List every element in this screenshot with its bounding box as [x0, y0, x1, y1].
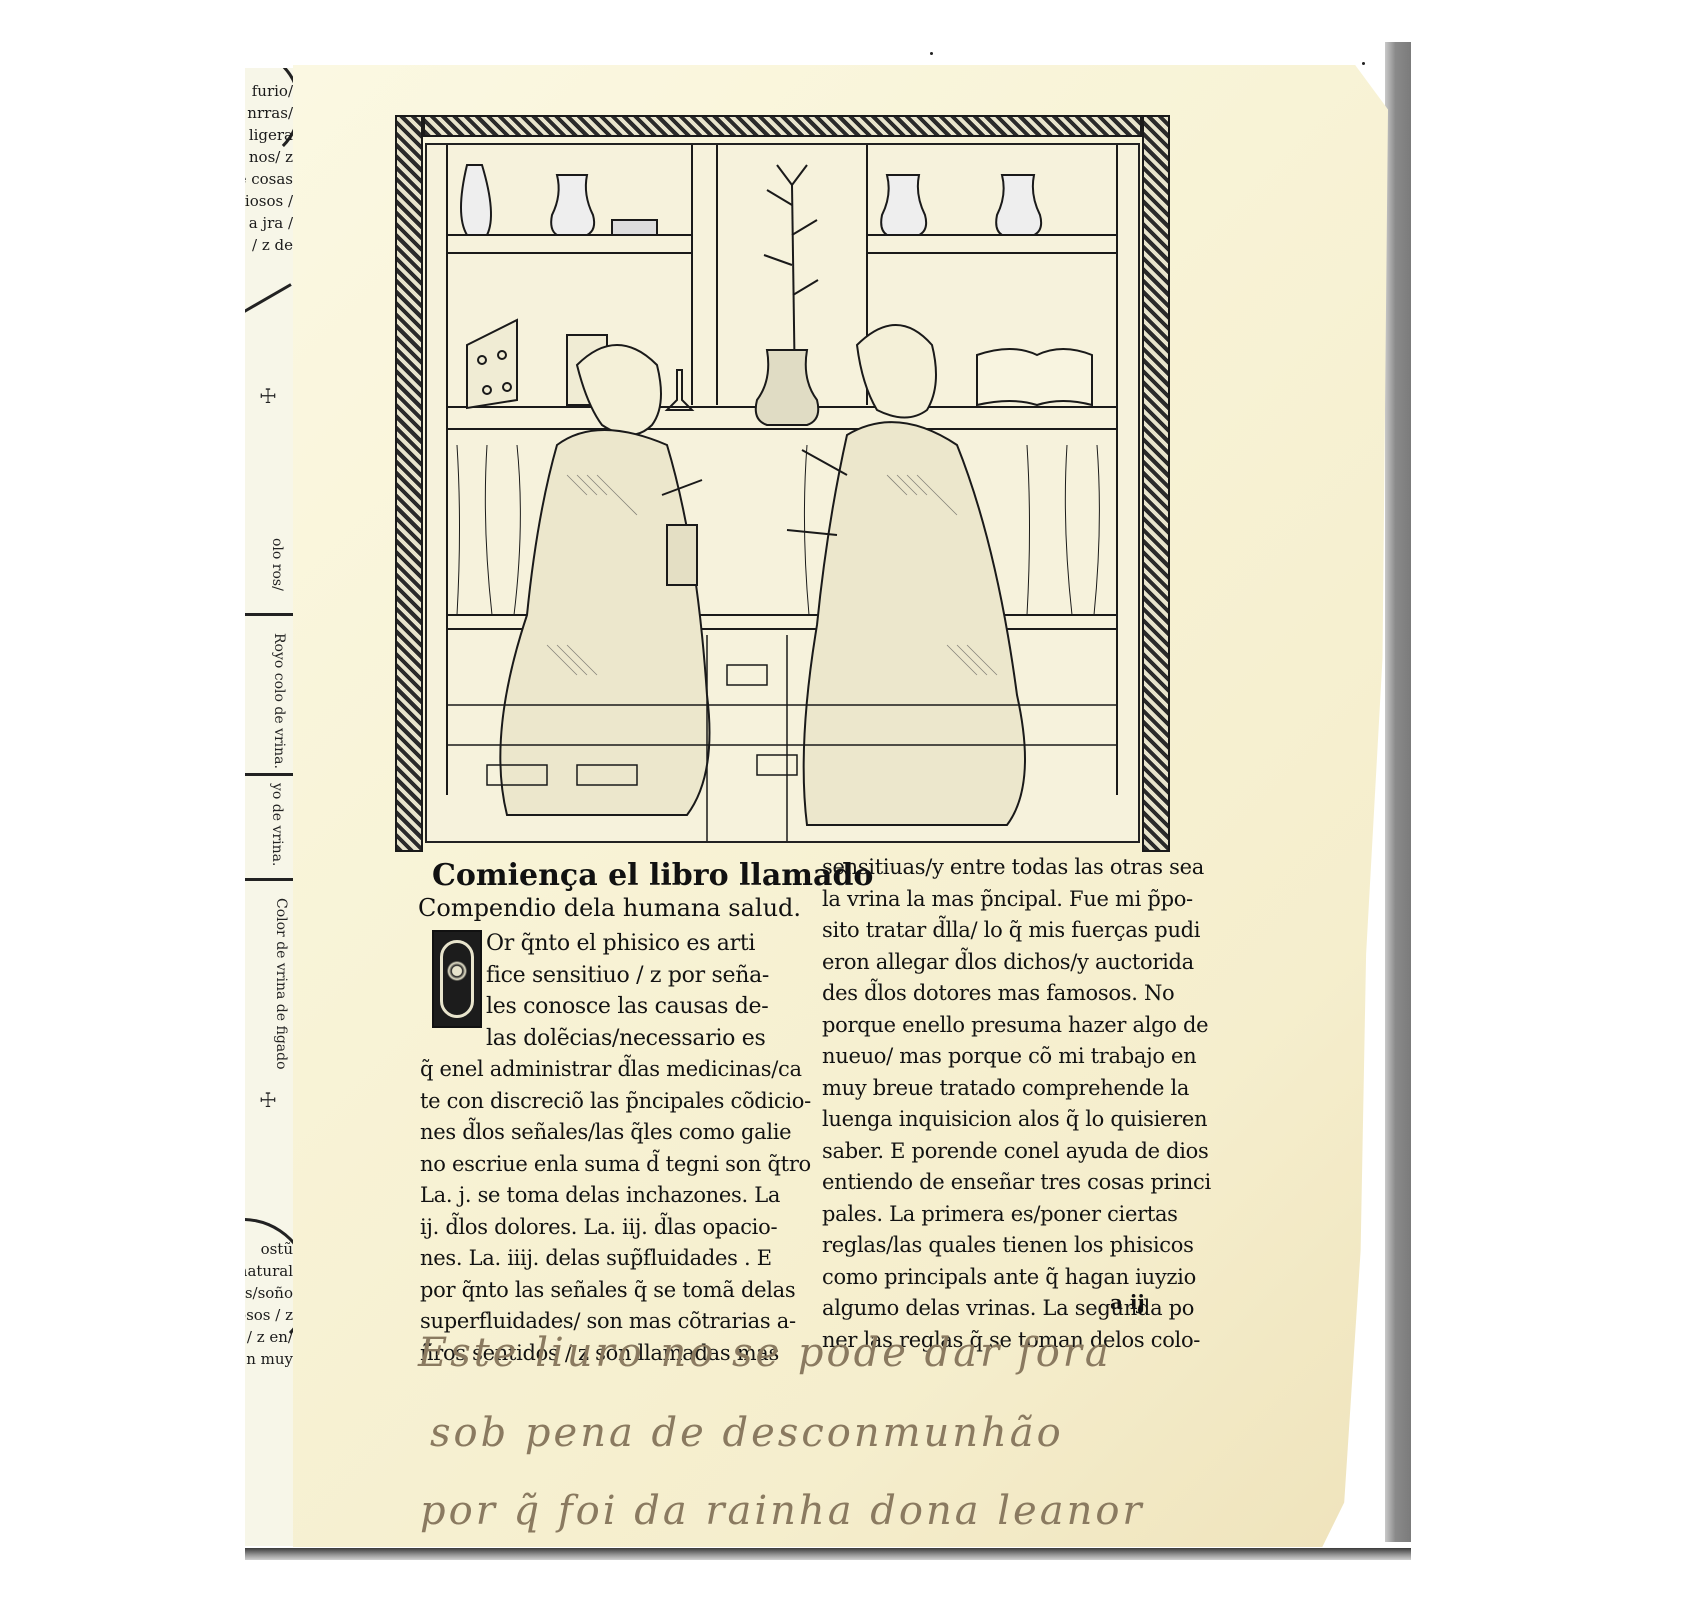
- text-line: sito tratar d̃lla/ lo q̃ mis fuerças pud…: [822, 915, 1211, 947]
- facing-line: nos/ z: [245, 146, 293, 168]
- manuscript-line-2: sob pena de desconmunhão: [430, 1410, 1064, 1456]
- facing-line: n muy: [245, 1348, 293, 1370]
- scan-shadow-right: [1385, 42, 1411, 1542]
- text-line: pales. La primera es/poner ciertas: [822, 1199, 1211, 1231]
- text-line: des d̃los dotores mas famosos. No: [822, 978, 1211, 1010]
- manuscript-line-3: por q̃ foi da rainha dona leanor: [420, 1488, 1145, 1534]
- text-line: entiendo de enseñar tres cosas princi: [822, 1167, 1211, 1199]
- diagram-label: Royo colo de vrina.: [271, 633, 287, 769]
- heading-line-1: Comiença el libro llamado: [432, 858, 873, 893]
- facing-line: e cosas: [245, 168, 293, 190]
- text-line: como principals ante q̃ hagan iuyzio: [822, 1262, 1211, 1294]
- text-line: sensitiuas/y entre todas las otras sea: [822, 852, 1211, 884]
- cross-mark-icon: ☩: [259, 1088, 277, 1112]
- cross-mark-icon: ☩: [259, 384, 277, 408]
- text-line: saber. E porende conel ayuda de dios: [822, 1136, 1211, 1168]
- text-line: les conosce las causas de-: [486, 991, 769, 1023]
- facing-line: natural: [245, 1260, 293, 1282]
- facing-line: ostũ: [245, 1238, 293, 1260]
- diagram-divider: [245, 613, 295, 616]
- facing-line: / z de: [245, 234, 293, 256]
- text-line: porque enello presuma hazer algo de: [822, 1010, 1211, 1042]
- dust-speck: [930, 52, 933, 55]
- ornamental-border-right: [1142, 115, 1170, 852]
- woodcut-scene: [425, 143, 1140, 843]
- diagram-label: yo de vrina.: [269, 783, 285, 866]
- text-line: nes d̃los señales/las q̃les como galie: [420, 1117, 811, 1149]
- text-line: no escriue enla suma d̃ tegni son q̃tro: [420, 1149, 811, 1181]
- text-line: por q̃nto las señales q̃ se tomã delas: [420, 1275, 811, 1307]
- diagram-divider: [245, 773, 295, 776]
- facing-line: a jra /: [245, 212, 293, 234]
- text-line: reglas/las quales tienen los phisicos: [822, 1230, 1211, 1262]
- diagram-divider: [245, 878, 295, 881]
- text-line: nueuo/ mas porque cõ mi trabajo en: [822, 1041, 1211, 1073]
- text-column-left: q̃ enel administrar d̃las medicinas/ca t…: [420, 1054, 811, 1369]
- text-line: eron allegar d̃los dichos/y auctorida: [822, 947, 1211, 979]
- text-line: luenga inquisicion alos q̃ lo quisieren: [822, 1104, 1211, 1136]
- diagram-line: [245, 283, 292, 316]
- text-line: fice sensitiuo / z por seña-: [486, 960, 769, 992]
- facing-line: nrras/: [245, 102, 293, 124]
- text-line: te con discreciõ las p̃ncipales cõdicio-: [420, 1086, 811, 1118]
- text-line: la vrina la mas p̃ncipal. Fue mi p̃po-: [822, 884, 1211, 916]
- facing-line: furio/: [245, 80, 293, 102]
- text-line: q̃ enel administrar d̃las medicinas/ca: [420, 1054, 811, 1086]
- facing-line: iosos /: [245, 190, 293, 212]
- text-line: ij. d̃los dolores. La. iij. d̃las opacio…: [420, 1212, 811, 1244]
- heading-line-2: Compendio dela humana salud.: [418, 894, 801, 922]
- facing-page-strip: furio/ nrras/ ligera nos/ z e cosas ioso…: [245, 68, 295, 1546]
- facing-text-top: furio/ nrras/ ligera nos/ z e cosas ioso…: [245, 80, 293, 256]
- facing-line: / z en/: [245, 1326, 293, 1348]
- text-column-right: sensitiuas/y entre todas las otras sea l…: [822, 852, 1211, 1356]
- manuscript-line-1: Este liuro no se pode dar fora: [418, 1330, 1112, 1376]
- flower-ornament-icon: [444, 958, 470, 984]
- diagram-label: olo ros/: [269, 538, 285, 591]
- decorated-initial: [432, 930, 482, 1028]
- text-line: La. j. se toma delas inchazones. La: [420, 1180, 811, 1212]
- facing-line: ligera: [245, 124, 293, 146]
- signature-mark: a ij: [1110, 1290, 1145, 1314]
- text-line: Or q̃nto el phisico es arti: [486, 928, 769, 960]
- facing-line: osos / z: [245, 1304, 293, 1326]
- facing-text-bottom: ostũ natural s/soño osos / z / z en/ n m…: [245, 1238, 293, 1370]
- scan-shadow-bottom: [245, 1548, 1411, 1560]
- text-column-left-indented: Or q̃nto el phisico es arti fice sensiti…: [486, 928, 769, 1054]
- woodcut-illustration: [395, 115, 1170, 852]
- facing-line: s/soño: [245, 1282, 293, 1304]
- ornamental-border-left: [395, 115, 423, 852]
- ornamental-border-top: [423, 115, 1142, 137]
- dust-speck: [1362, 62, 1365, 65]
- physicians-scene-icon: [427, 145, 1140, 843]
- text-line: las dolẽcias/necessario es: [486, 1023, 769, 1055]
- text-line: muy breue tratado comprehende la: [822, 1073, 1211, 1105]
- text-line: algumo delas vrinas. La segunda po: [822, 1293, 1211, 1325]
- diagram-label: Color de vrina de figado: [273, 898, 289, 1070]
- text-line: nes. La. iiij. delas sup̃fluidades . E: [420, 1243, 811, 1275]
